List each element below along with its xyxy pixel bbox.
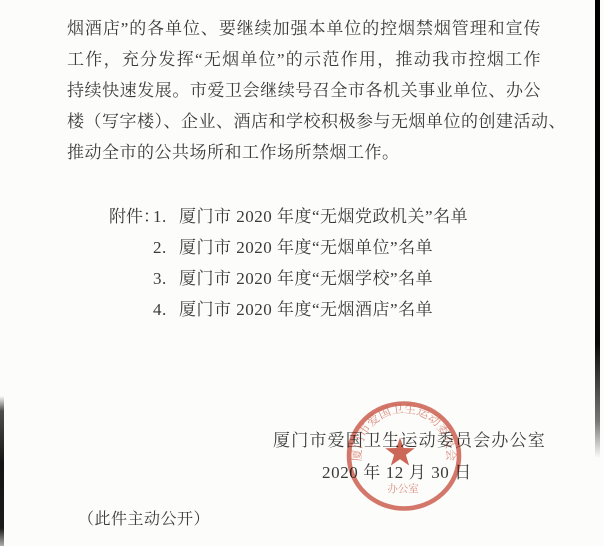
attachment-row: 3.厦门市 2020 年度“无烟学校”名单 <box>109 263 468 294</box>
body-line: 持续快速发展。市爱卫会继续号召全市各机关事业单位、办公 <box>67 75 541 106</box>
scan-edge-right <box>595 0 600 458</box>
official-seal: 厦门市爱国卫生运动委员会 办公室 <box>344 399 464 513</box>
body-line: 推动全市的公共场所和工作场所禁烟工作。 <box>67 137 541 168</box>
attachment-list: 附件：1.厦门市 2020 年度“无烟党政机关”名单 2.厦门市 2020 年度… <box>109 201 468 325</box>
attachment-item-text: 厦门市 2020 年度“无烟酒店”名单 <box>179 300 433 319</box>
attachment-row: 4.厦门市 2020 年度“无烟酒店”名单 <box>109 294 468 325</box>
seal-star-icon <box>385 438 414 466</box>
body-line: 工作，充分发挥“无烟单位”的示范作用，推动我市控烟工作 <box>67 44 541 75</box>
attachment-item-number: 2. <box>153 232 179 263</box>
attachment-item-text: 厦门市 2020 年度“无烟学校”名单 <box>179 269 433 288</box>
attachment-row: 2.厦门市 2020 年度“无烟单位”名单 <box>109 232 468 263</box>
seal-bottom-text: 办公室 <box>387 482 419 495</box>
attachment-item-text: 厦门市 2020 年度“无烟单位”名单 <box>179 238 433 257</box>
document-page: 烟酒店”的各单位、要继续加强本单位的控烟禁烟管理和宣传 工作，充分发挥“无烟单位… <box>0 0 604 546</box>
scan-edge-left <box>0 396 4 546</box>
attachment-item-text: 厦门市 2020 年度“无烟党政机关”名单 <box>179 207 468 226</box>
attachment-item-number: 1. <box>153 201 179 232</box>
attachment-item-number: 3. <box>153 263 179 294</box>
attachment-item-number: 4. <box>153 294 179 325</box>
attachment-label: 附件： <box>109 201 153 232</box>
body-line: 楼（写字楼）、企业、酒店和学校积极参与无烟单位的创建活动、 <box>67 106 541 137</box>
body-line: 烟酒店”的各单位、要继续加强本单位的控烟禁烟管理和宣传 <box>67 13 541 44</box>
footer-note: （此件主动公开） <box>78 506 210 529</box>
body-paragraph: 烟酒店”的各单位、要继续加强本单位的控烟禁烟管理和宣传 工作，充分发挥“无烟单位… <box>67 13 541 168</box>
attachment-row: 附件：1.厦门市 2020 年度“无烟党政机关”名单 <box>109 201 468 232</box>
